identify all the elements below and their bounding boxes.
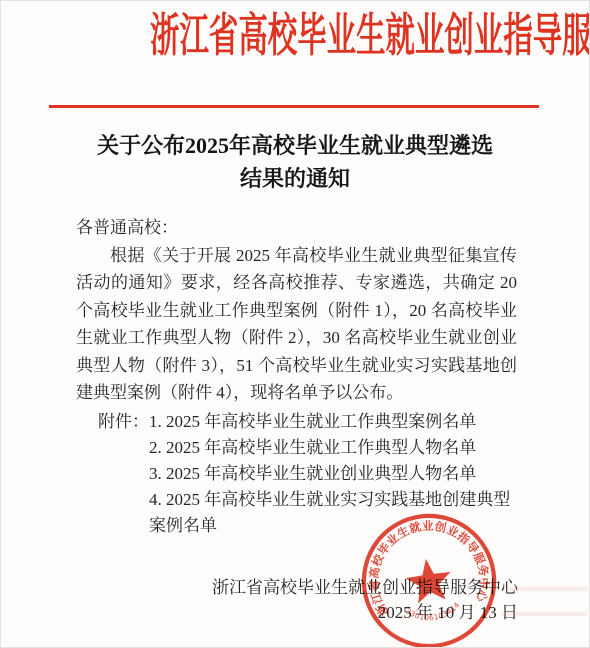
signature-date: 2025 年 10 月 13 日 bbox=[1, 600, 518, 626]
attachment-item: 4. 2025 年高校毕业生就业实习实践基地创建典型案例名单 bbox=[149, 487, 511, 539]
attachments-label: 附件： bbox=[98, 409, 149, 539]
document-title-line2: 结果的通知 bbox=[1, 162, 589, 195]
letterhead-title: 浙江省高校毕业生就业创业指导服务中心 bbox=[150, 11, 590, 62]
scan-artifact bbox=[501, 612, 587, 616]
signature-org: 浙江省高校毕业生就业创业指导服务中心 bbox=[1, 575, 518, 601]
body-paragraph: 根据《关于开展 2025 年高校毕业生就业典型征集宣传活动的通知》要求，经各高校… bbox=[76, 242, 517, 407]
scan-artifact bbox=[506, 587, 587, 591]
attachment-item: 2. 2025 年高校毕业生就业工作典型人物名单 bbox=[149, 435, 511, 461]
document-title-line1: 关于公布2025年高校毕业生就业典型遴选 bbox=[1, 129, 589, 162]
salutation: 各普通高校： bbox=[76, 214, 517, 242]
letterhead: 浙江省高校毕业生就业创业指导服务中心 bbox=[1, 11, 589, 62]
attachments-list: 1. 2025 年高校毕业生就业工作典型案例名单 2. 2025 年高校毕业生就… bbox=[149, 409, 511, 539]
document-page: 浙江省高校毕业生就业创业指导服务中心 关于公布2025年高校毕业生就业典型遴选 … bbox=[0, 0, 590, 648]
document-title: 关于公布2025年高校毕业生就业典型遴选 结果的通知 bbox=[1, 129, 589, 195]
attachment-item: 1. 2025 年高校毕业生就业工作典型案例名单 bbox=[149, 409, 511, 435]
attachments-block: 附件： 1. 2025 年高校毕业生就业工作典型案例名单 2. 2025 年高校… bbox=[98, 409, 589, 539]
attachment-item: 3. 2025 年高校毕业生就业创业典型人物名单 bbox=[149, 461, 511, 487]
letterhead-divider bbox=[49, 105, 539, 108]
signature-block: 浙江省高校毕业生就业创业指导服务中心 2025 年 10 月 13 日 bbox=[1, 575, 589, 626]
